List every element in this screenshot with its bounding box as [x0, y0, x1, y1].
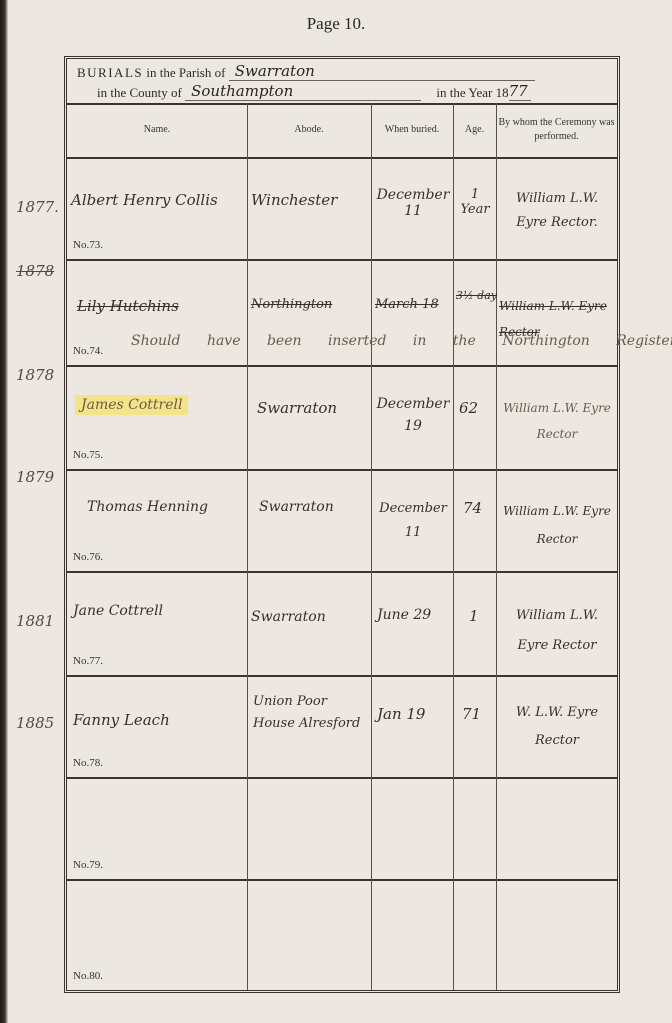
- entry-correction-note: Should have been inserted in the Northin…: [131, 333, 672, 349]
- entry-row-77: Jane Cottrell Swarraton June 29 1 Willia…: [67, 571, 617, 677]
- entry-number: No.79.: [73, 859, 103, 871]
- title-burials: BURIALS: [77, 65, 143, 80]
- entry-age: 1 Year: [456, 187, 494, 217]
- margin-year-78: 1885: [16, 714, 54, 732]
- column-headers: Name. Abode. When buried. Age. By whom t…: [67, 103, 617, 159]
- entry-when-buried: June 29: [377, 607, 431, 623]
- entry-number: No.78.: [73, 757, 103, 769]
- entry-abode: Northington: [251, 297, 332, 312]
- page-number: Page 10.: [0, 14, 672, 34]
- entry-when-buried: March 18: [375, 297, 439, 312]
- entry-row-74: Lily Hutchins Northington March 18 3½ da…: [67, 259, 617, 367]
- parish-value: Swarraton: [229, 63, 535, 81]
- entry-abode: Swarraton: [257, 399, 337, 417]
- entry-name: Albert Henry Collis: [71, 191, 218, 209]
- book-spine-edge: [0, 0, 8, 1023]
- entry-age: 62: [459, 399, 478, 417]
- entry-row-79-empty: No.79.: [67, 777, 617, 881]
- entry-age: 1: [469, 607, 479, 625]
- entry-name: Lily Hutchins: [77, 297, 179, 315]
- entry-number: No.76.: [73, 551, 103, 563]
- entry-row-75: James Cottrell Swarraton December 19 62 …: [67, 365, 617, 471]
- entry-name: Jane Cottrell: [73, 603, 163, 619]
- county-label: in the County of: [97, 85, 182, 100]
- register-heading: BURIALS in the Parish of Swarraton in th…: [67, 59, 617, 105]
- county-value: Southampton: [185, 83, 421, 101]
- col-age: Age.: [453, 103, 497, 157]
- entry-when-buried: December 19: [375, 393, 451, 437]
- entry-age: 3½ day: [456, 289, 497, 302]
- entry-age: 71: [462, 705, 481, 723]
- col-name: Name.: [67, 103, 248, 157]
- entry-officiant: W. L.W. Eyre Rector: [499, 699, 615, 755]
- entry-row-78: Fanny Leach Union Poor House Alresford J…: [67, 675, 617, 779]
- entry-row-76: Thomas Henning Swarraton December 11 74 …: [67, 469, 617, 573]
- margin-year-76: 1879: [16, 468, 54, 486]
- entry-when-buried: December 11: [375, 187, 451, 219]
- year-label: in the Year 18: [436, 85, 508, 100]
- col-when-buried: When buried.: [371, 103, 454, 157]
- entry-age: 74: [463, 499, 482, 517]
- margin-year-75: 1878: [16, 366, 54, 384]
- entry-officiant: William L.W. Eyre Rector.: [499, 187, 615, 235]
- entry-name: Thomas Henning: [87, 499, 208, 515]
- margin-year-77: 1881: [16, 612, 54, 630]
- entry-abode: Swarraton: [251, 609, 326, 625]
- col-officiant: By whom the Ceremony was performed.: [496, 103, 617, 157]
- entry-abode: Winchester: [251, 191, 337, 209]
- entry-when-buried: December 11: [375, 497, 451, 545]
- entry-officiant: William L.W. Eyre Rector: [499, 497, 615, 553]
- entry-abode: Swarraton: [259, 499, 334, 515]
- entry-name: Fanny Leach: [73, 711, 170, 729]
- entry-number: No.74.: [73, 345, 103, 357]
- entry-row-80-empty: No.80.: [67, 879, 617, 990]
- entry-number: No.77.: [73, 655, 103, 667]
- parish-label: in the Parish of: [146, 65, 225, 80]
- entry-abode: Union Poor House Alresford: [253, 691, 365, 735]
- margin-year-74: 1878: [16, 262, 54, 280]
- margin-year-73: 1877.: [16, 198, 59, 216]
- year-value: 77: [509, 83, 531, 101]
- entry-name-highlighted: James Cottrell: [75, 397, 188, 413]
- entry-number: No.73.: [73, 239, 103, 251]
- col-abode: Abode.: [247, 103, 372, 157]
- burial-register-table: BURIALS in the Parish of Swarraton in th…: [64, 56, 620, 993]
- entry-when-buried: Jan 19: [377, 705, 425, 723]
- entry-number: No.80.: [73, 970, 103, 982]
- entry-row-73: Albert Henry Collis Winchester December …: [67, 157, 617, 261]
- entry-number: No.75.: [73, 449, 103, 461]
- entry-officiant: William L.W. Eyre Rector: [499, 601, 615, 661]
- entry-officiant: William L.W. Eyre Rector: [499, 395, 615, 447]
